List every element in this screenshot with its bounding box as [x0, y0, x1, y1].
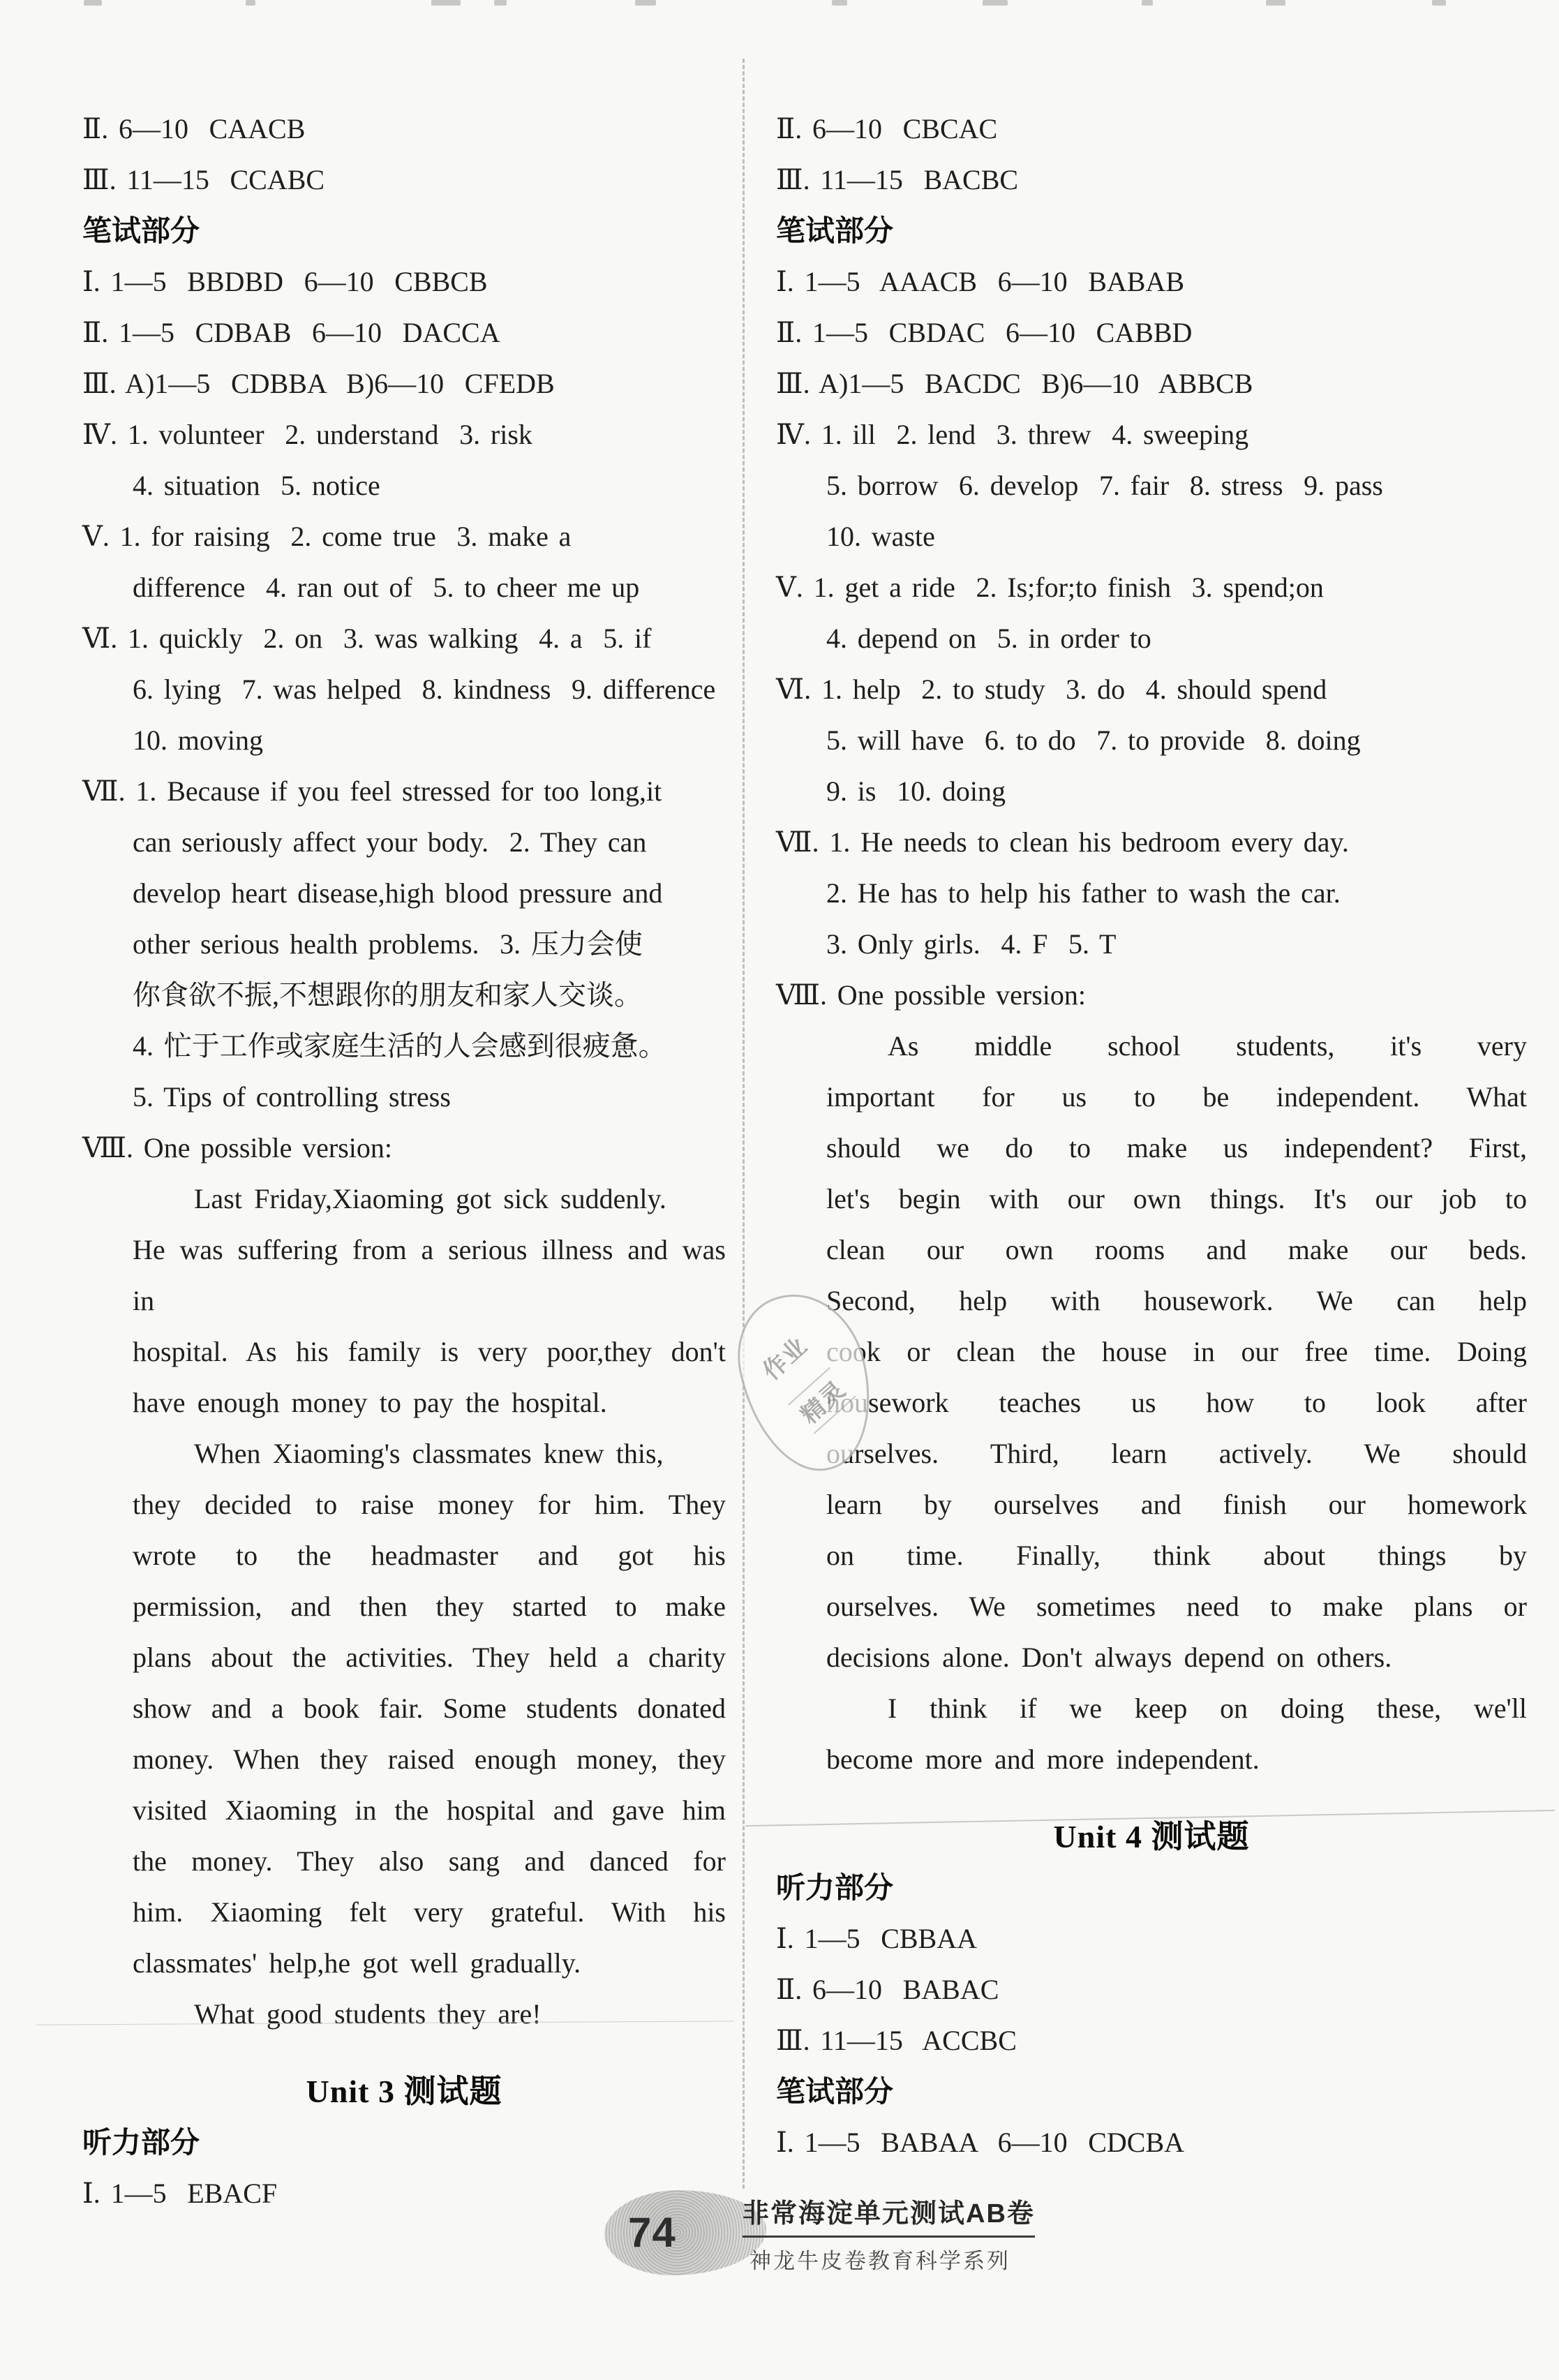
essay-line: classmates' help,he got well gradually. — [82, 1938, 726, 1988]
essay-line: important for us to be independent. What — [776, 1071, 1527, 1122]
answer-line: 5. Tips of controlling stress — [82, 1071, 726, 1122]
essay-line: the money. They also sang and danced for — [82, 1836, 726, 1887]
answer-line: 4. depend on 5. in order to — [776, 613, 1527, 664]
answer-line: Ⅱ. 6—10 CAACB — [82, 103, 726, 154]
scan-noise-mark — [431, 0, 461, 6]
section-heading-written: 笔试部分 — [776, 205, 1527, 256]
essay-line: have enough money to pay the hospital. — [82, 1377, 726, 1428]
essay-line: Second, help with housework. We can help — [776, 1275, 1527, 1326]
essay-line: I think if we keep on doing these, we'll — [776, 1683, 1527, 1734]
essay-line: let's begin with our own things. It's ou… — [776, 1173, 1527, 1224]
answer-line: Ⅲ. 11—15 CCABC — [82, 154, 726, 205]
answer-line: Ⅲ. 11—15 BACBC — [776, 154, 1527, 205]
answer-line: Ⅵ. 1. help 2. to study 3. do 4. should s… — [776, 664, 1527, 715]
essay-line: they decided to raise money for him. The… — [82, 1479, 726, 1530]
answer-line: Ⅱ. 6—10 CBCAC — [776, 103, 1527, 154]
essay-line: learn by ourselves and finish our homewo… — [776, 1479, 1527, 1530]
scan-noise-mark — [84, 0, 102, 6]
essay-line: As middle school students, it's very — [776, 1020, 1527, 1071]
essay-line: show and a book fair. Some students dona… — [82, 1683, 726, 1734]
answer-line: Ⅲ. A)1—5 CDBBA B)6—10 CFEDB — [82, 358, 726, 409]
essay-line: wrote to the headmaster and got his — [82, 1530, 726, 1581]
scan-noise-mark — [246, 0, 255, 6]
column-divider — [743, 59, 745, 2189]
footer-titles: 非常海淀单元测试AB卷 神龙牛皮卷教育科学系列 — [743, 2192, 1035, 2275]
page-number: 74 — [628, 2208, 676, 2256]
essay-line: hospital. As his family is very poor,the… — [82, 1326, 726, 1377]
answer-line: 10. waste — [776, 511, 1527, 562]
essay-line: Last Friday,Xiaoming got sick suddenly. — [82, 1173, 726, 1224]
answer-line: Ⅲ. A)1—5 BACDC B)6—10 ABBCB — [776, 358, 1527, 409]
scan-noise-mark — [635, 0, 656, 6]
essay-line: cook or clean the house in our free time… — [776, 1326, 1527, 1377]
essay-line: him. Xiaoming felt very grateful. With h… — [82, 1887, 726, 1938]
answers-column-right: Ⅱ. 6—10 CBCAC Ⅲ. 11—15 BACBC 笔试部分 Ⅰ. 1—5… — [776, 103, 1527, 2168]
answer-line: other serious health problems. 3. 压力会使 — [82, 918, 726, 969]
answer-line: difference 4. ran out of 5. to cheer me … — [82, 562, 726, 613]
answer-line: Ⅰ. 1—5 BABAA 6—10 CDCBA — [776, 2117, 1527, 2168]
answer-line: 6. lying 7. was helped 8. kindness 9. di… — [82, 664, 726, 715]
answer-line: Ⅱ. 1—5 CDBAB 6—10 DACCA — [82, 307, 726, 358]
essay-line: He was suffering from a serious illness … — [82, 1224, 726, 1326]
essay-line: decisions alone. Don't always depend on … — [776, 1632, 1527, 1683]
answer-line: Ⅷ. One possible version: — [776, 969, 1527, 1020]
answer-line: 9. is 10. doing — [776, 766, 1527, 817]
answer-line: Ⅰ. 1—5 CBBAA — [776, 1913, 1527, 1964]
answer-line: Ⅱ. 6—10 BABAC — [776, 1964, 1527, 2015]
answer-line: Ⅷ. One possible version: — [82, 1122, 726, 1173]
essay-line: on time. Finally, think about things by — [776, 1530, 1527, 1581]
scan-noise-mark — [1432, 0, 1446, 6]
answer-line: 5. will have 6. to do 7. to provide 8. d… — [776, 715, 1527, 766]
watermark-text: 作业 — [754, 1327, 814, 1387]
answer-line: Ⅰ. 1—5 AAACB 6—10 BABAB — [776, 256, 1527, 307]
answer-line: Ⅵ. 1. quickly 2. on 3. was walking 4. a … — [82, 613, 726, 664]
answer-line: 3. Only girls. 4. F 5. T — [776, 918, 1527, 969]
section-heading-written: 笔试部分 — [776, 2066, 1527, 2117]
answer-line: Ⅱ. 1—5 CBDAC 6—10 CABBD — [776, 307, 1527, 358]
essay-line: should we do to make us independent? Fir… — [776, 1122, 1527, 1173]
answer-line: 4. 忙于工作或家庭生活的人会感到很疲惫。 — [82, 1020, 726, 1071]
answer-line: 2. He has to help his father to wash the… — [776, 868, 1527, 918]
section-heading-written: 笔试部分 — [82, 205, 726, 256]
answer-line: Ⅴ. 1. get a ride 2. Is;for;to finish 3. … — [776, 562, 1527, 613]
essay-line: become more and more independent. — [776, 1734, 1527, 1785]
answer-line: 你食欲不振,不想跟你的朋友和家人交谈。 — [82, 969, 726, 1020]
answer-line: Ⅶ. 1. He needs to clean his bedroom ever… — [776, 817, 1527, 868]
answer-line: 5. borrow 6. develop 7. fair 8. stress 9… — [776, 460, 1527, 511]
scan-noise-mark — [832, 0, 847, 6]
essay-line: permission, and then they started to mak… — [82, 1581, 726, 1632]
answer-line: Ⅳ. 1. ill 2. lend 3. threw 4. sweeping — [776, 409, 1527, 460]
essay-line: housework teaches us how to look after — [776, 1377, 1527, 1428]
essay-line: clean our own rooms and make our beds. — [776, 1224, 1527, 1275]
book-series: 神龙牛皮卷教育科学系列 — [743, 2243, 1035, 2275]
scan-noise-mark — [494, 0, 507, 6]
scan-noise-mark — [1266, 0, 1285, 6]
scan-noise-mark — [983, 0, 1008, 6]
answer-line: Ⅰ. 1—5 BBDBD 6—10 CBBCB — [82, 256, 726, 307]
answer-line: 4. situation 5. notice — [82, 460, 726, 511]
answer-line: Ⅲ. 11—15 ACCBC — [776, 2015, 1527, 2066]
unit-title-unit3: Unit 3 测试题 — [82, 2066, 726, 2117]
answer-line: develop heart disease,high blood pressur… — [82, 868, 726, 918]
scanned-answer-page: Ⅱ. 6—10 CAACB Ⅲ. 11—15 CCABC 笔试部分 Ⅰ. 1—5… — [0, 0, 1559, 2380]
essay-line: ourselves. Third, learn actively. We sho… — [776, 1428, 1527, 1479]
essay-line: money. When they raised enough money, th… — [82, 1734, 726, 1785]
essay-line: When Xiaoming's classmates knew this, — [82, 1428, 726, 1479]
section-heading-listening: 听力部分 — [776, 1862, 1527, 1913]
answer-line: 10. moving — [82, 715, 726, 766]
essay-line: plans about the activities. They held a … — [82, 1632, 726, 1683]
answer-line: Ⅶ. 1. Because if you feel stressed for t… — [82, 766, 726, 817]
essay-line: What good students they are! — [82, 1988, 726, 2039]
book-title: 非常海淀单元测试AB卷 — [743, 2192, 1035, 2238]
answer-line: can seriously affect your body. 2. They … — [82, 817, 726, 868]
answers-column-left: Ⅱ. 6—10 CAACB Ⅲ. 11—15 CCABC 笔试部分 Ⅰ. 1—5… — [82, 103, 726, 2219]
essay-line: ourselves. We sometimes need to make pla… — [776, 1581, 1527, 1632]
page-footer: 74 非常海淀单元测试AB卷 神龙牛皮卷教育科学系列 — [604, 2190, 1035, 2275]
answer-line: Ⅴ. 1. for raising 2. come true 3. make a — [82, 511, 726, 562]
section-heading-listening: 听力部分 — [82, 2117, 726, 2168]
answer-line: Ⅳ. 1. volunteer 2. understand 3. risk — [82, 409, 726, 460]
watermark-text: 精灵 — [788, 1367, 856, 1434]
essay-line: visited Xiaoming in the hospital and gav… — [82, 1785, 726, 1836]
scan-noise-mark — [1142, 0, 1153, 6]
